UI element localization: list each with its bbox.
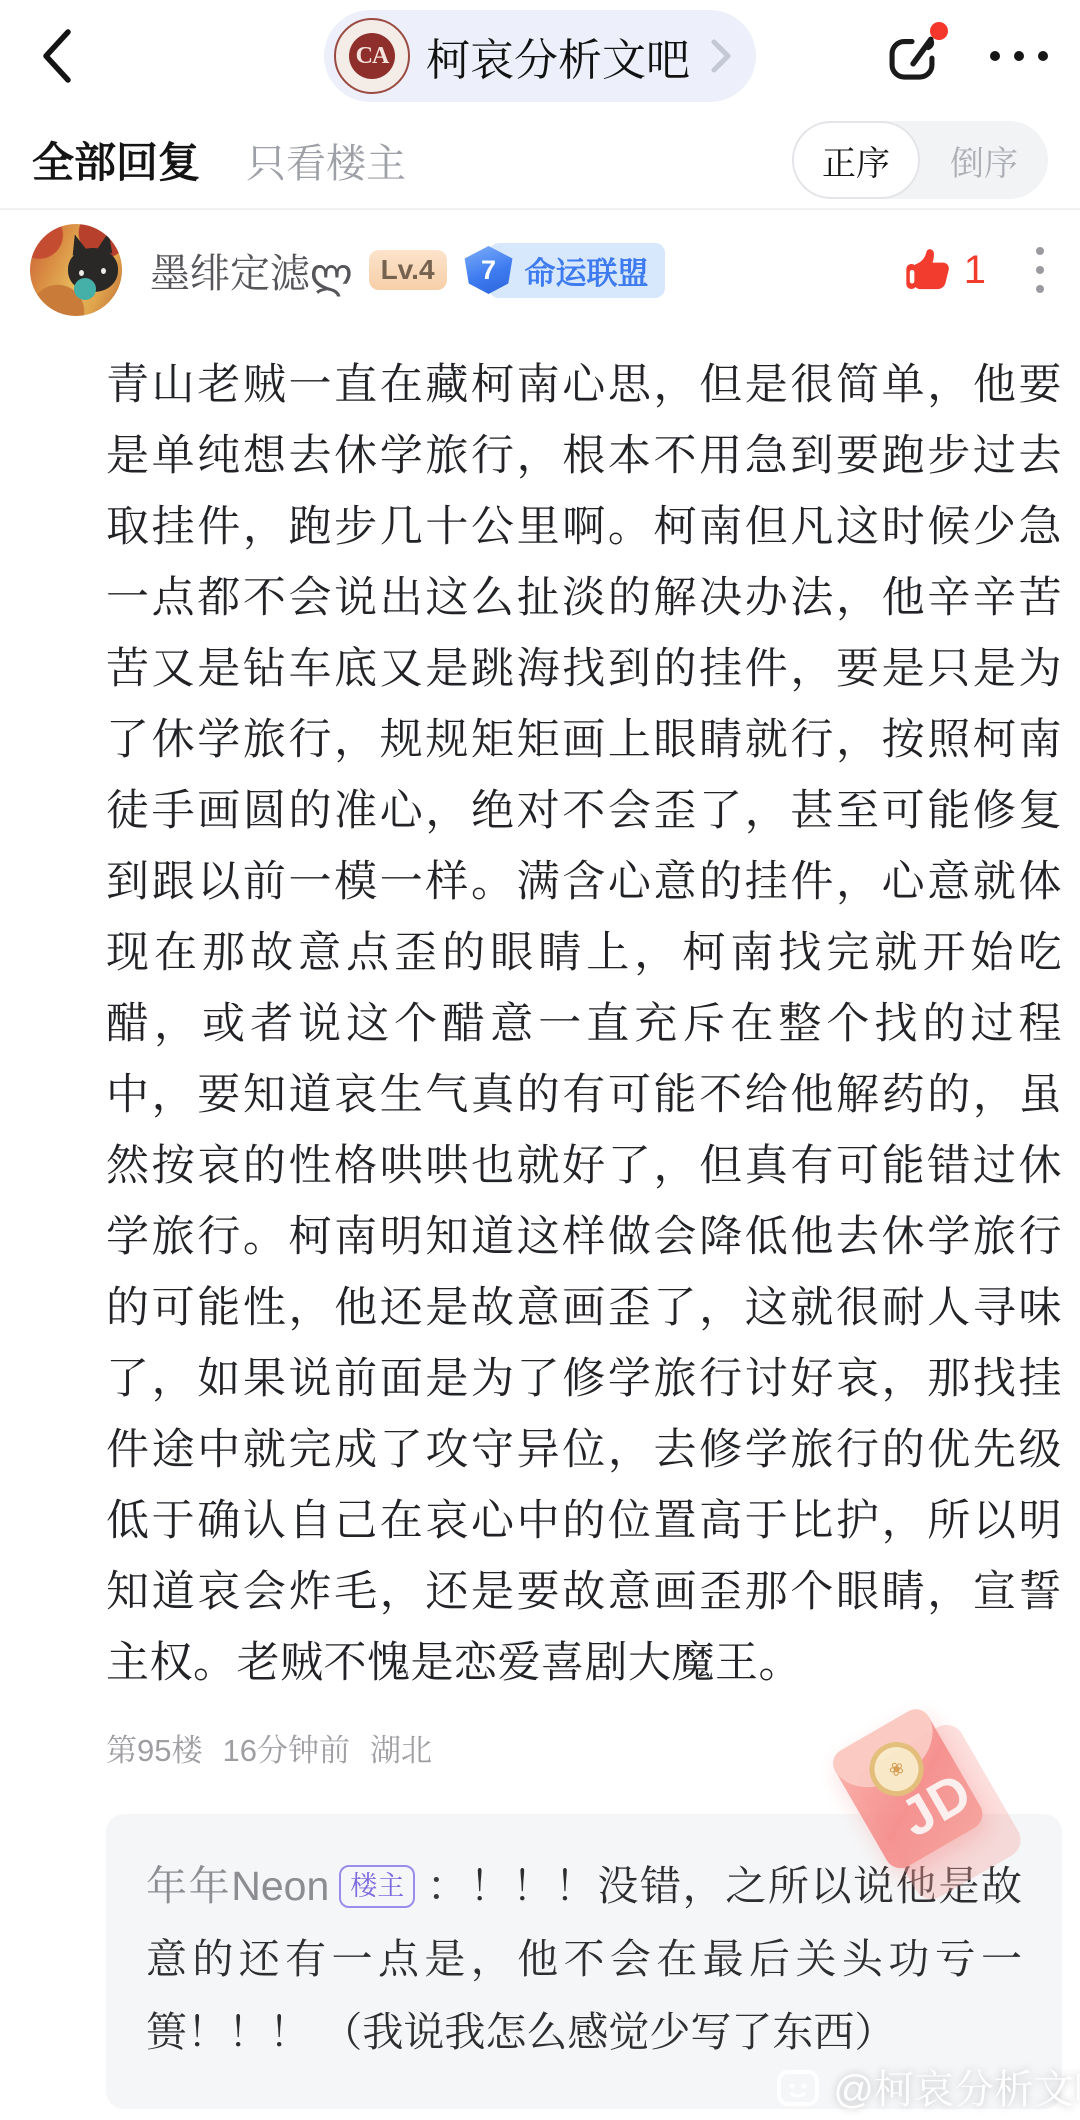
red-envelope-float-button[interactable]: ❀ JD [846, 1716, 1016, 1896]
forum-link-pill[interactable]: CA 柯哀分析文吧 [324, 10, 756, 102]
notification-dot [930, 22, 948, 40]
chevron-right-icon [708, 36, 734, 76]
more-options-button[interactable] [986, 41, 1052, 71]
sort-ascending-segment[interactable]: 正序 [792, 121, 920, 199]
compose-post-button[interactable] [880, 24, 944, 88]
quoted-author-name[interactable]: 年年Neon [146, 1863, 329, 1909]
guild-badge[interactable]: 7 命运联盟 [463, 243, 665, 298]
guild-name: 命运联盟 [489, 243, 665, 298]
post-header: 墨绯定滤ლ Lv.4 7 命运联盟 1 [0, 210, 1080, 316]
forum-title: 柯哀分析文吧 [426, 24, 690, 88]
level-badge: Lv.4 [369, 250, 447, 290]
watermark-logo-icon [775, 2064, 821, 2110]
dot [1014, 51, 1024, 61]
back-button[interactable] [28, 26, 88, 86]
post-menu-button[interactable] [1030, 241, 1050, 299]
dot [1036, 285, 1044, 293]
forum-logo-monogram: CA [349, 33, 395, 79]
sort-descending-segment[interactable]: 倒序 [920, 121, 1048, 199]
avatar-cat-illustration [68, 248, 118, 292]
top-navigation-bar: CA 柯哀分析文吧 [0, 0, 1080, 112]
forum-logo: CA [334, 18, 410, 94]
dot [1036, 266, 1044, 274]
watermark-text: @柯哀分析文吧 [833, 2058, 1080, 2115]
back-chevron-icon [31, 24, 85, 88]
tab-all-replies[interactable]: 全部回复 [32, 130, 200, 190]
watermark: @柯哀分析文吧 [775, 2058, 1080, 2115]
like-count: 1 [964, 248, 986, 293]
post-time: 16分钟前 [222, 1725, 349, 1770]
floor-number: 第95楼 [106, 1725, 202, 1770]
dot [990, 51, 1000, 61]
original-poster-badge: 楼主 [339, 1865, 415, 1908]
reply-filter-row: 全部回复 只看楼主 正序 倒序 [0, 112, 1080, 208]
dot [1036, 247, 1044, 255]
quote-separator: ： [425, 1863, 469, 1909]
like-button[interactable]: 1 [902, 244, 986, 296]
thumbs-up-icon [902, 244, 954, 296]
username[interactable]: 墨绯定滤ლ [150, 242, 353, 299]
user-avatar[interactable] [30, 224, 122, 316]
tab-author-only[interactable]: 只看楼主 [246, 132, 406, 189]
dot [1038, 51, 1048, 61]
sort-segmented-control: 正序 倒序 [792, 121, 1048, 199]
post-body-text: 青山老贼一直在藏柯南心思，但是很简单，他要是单纯想去休学旅行，根本不用急到要跑步… [106, 350, 1062, 1699]
post-location: 湖北 [370, 1725, 432, 1770]
